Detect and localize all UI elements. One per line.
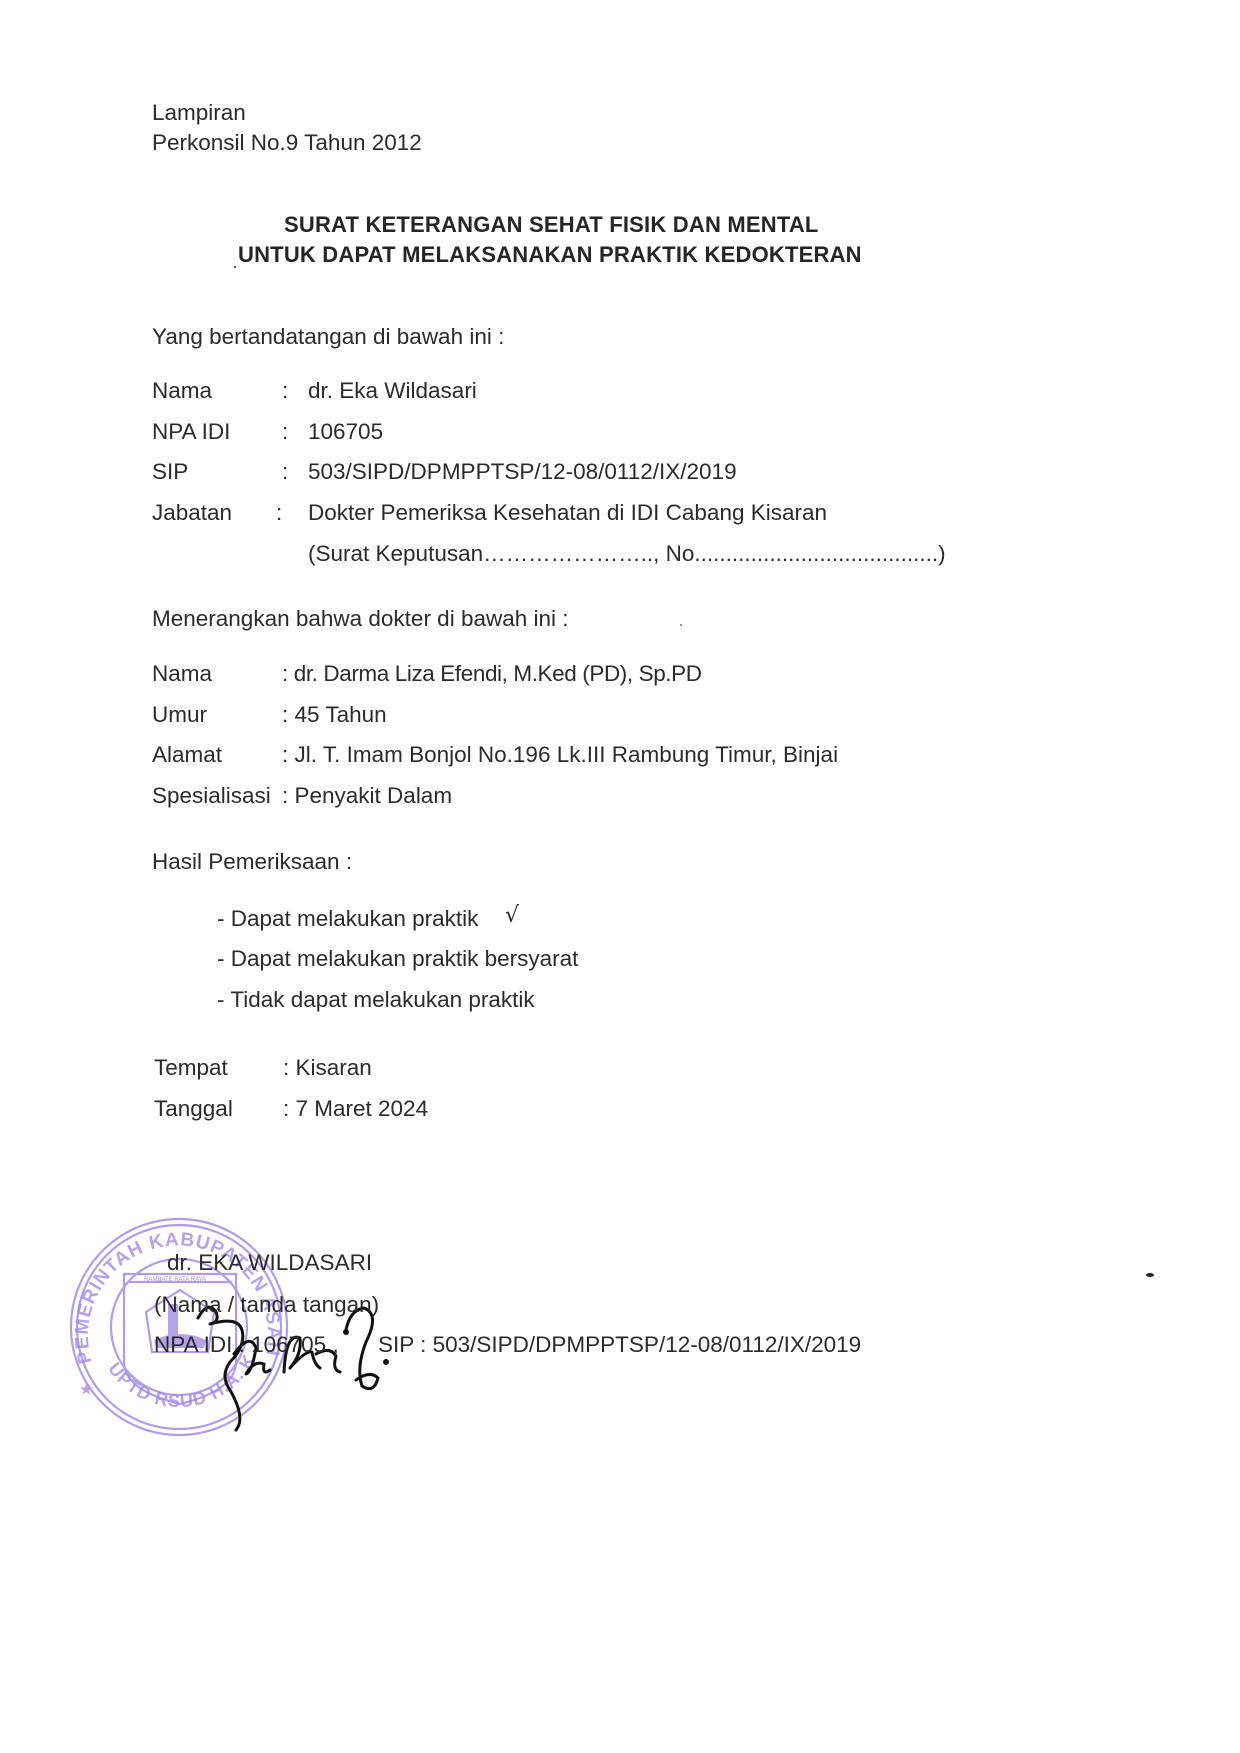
footer-sip: SIP : 503/SIPD/DPMPPTSP/12-08/0112/IX/20… [378, 1332, 861, 1358]
subject-specialization-label: Spesialisasi [152, 783, 271, 809]
signer-sip-value: 503/SIPD/DPMPPTSP/12-08/0112/IX/2019 [308, 459, 737, 485]
date-label: Tanggal [154, 1096, 233, 1122]
attachment-label: Lampiran [152, 102, 246, 125]
place-label: Tempat [154, 1055, 228, 1081]
subject-address-label: Alamat [152, 742, 222, 768]
subject-name-label: Nama [152, 661, 212, 687]
signature-caption: (Nama / tanda tangan) [154, 1292, 379, 1318]
scan-speck [680, 624, 682, 626]
result-option-cannot-practice: - Tidak dapat melakukan praktik [217, 987, 535, 1013]
subject-age-label: Umur [152, 702, 207, 728]
subject-intro: Menerangkan bahwa dokter di bawah ini : [152, 608, 569, 631]
svg-text:★: ★ [80, 1381, 93, 1397]
signer-position-label: Jabatan [152, 500, 232, 526]
scan-speck [234, 266, 236, 268]
regulation-reference: Perkonsil No.9 Tahun 2012 [152, 132, 422, 155]
result-option-conditional: - Dapat melakukan praktik bersyarat [217, 946, 578, 972]
result-option-can-practice: - Dapat melakukan praktik [217, 906, 478, 932]
subject-age-value: : 45 Tahun [282, 702, 387, 728]
results-heading: Hasil Pemeriksaan : [152, 851, 352, 874]
footer-npa: NPA IDI : 106705 , [154, 1332, 339, 1358]
signer-position-value: Dokter Pemeriksa Kesehatan di IDI Cabang… [308, 500, 827, 526]
signer-name-sep: : [282, 378, 288, 404]
signer-sip-label: SIP [152, 459, 188, 485]
subject-address-value: : Jl. T. Imam Bonjol No.196 Lk.III Rambu… [282, 742, 838, 768]
signer-npa-label: NPA IDI [152, 419, 230, 445]
signer-npa-value: 106705 [308, 419, 383, 445]
document-title-line-1: SURAT KETERANGAN SEHAT FISIK DAN MENTAL [284, 212, 819, 238]
signer-decree: (Surat Keputusan………………….., No...........… [308, 541, 946, 567]
signer-name-label: Nama [152, 378, 212, 404]
date-value: : 7 Maret 2024 [283, 1096, 428, 1122]
place-value: : Kisaran [283, 1055, 372, 1081]
signer-name-value: dr. Eka Wildasari [308, 378, 477, 404]
signer-intro: Yang bertandatangan di bawah ini : [152, 326, 504, 349]
signer-npa-sep: : [282, 419, 288, 445]
check-mark-icon: √ [505, 903, 519, 928]
signer-printed-name: dr. EKA WILDASARI [167, 1250, 372, 1276]
document-title-line-2: UNTUK DAPAT MELAKSANAKAN PRAKTIK KEDOKTE… [238, 242, 862, 268]
signer-position-sep: : [276, 500, 282, 526]
signer-sip-sep: : [282, 459, 288, 485]
subject-name-value: : dr. Darma Liza Efendi, M.Ked (PD), Sp.… [282, 661, 702, 687]
stamp-banner-text: RAMBATE RATA RAYA [144, 1277, 206, 1283]
subject-specialization-value: : Penyakit Dalam [282, 783, 452, 809]
scan-speck [1146, 1273, 1154, 1277]
